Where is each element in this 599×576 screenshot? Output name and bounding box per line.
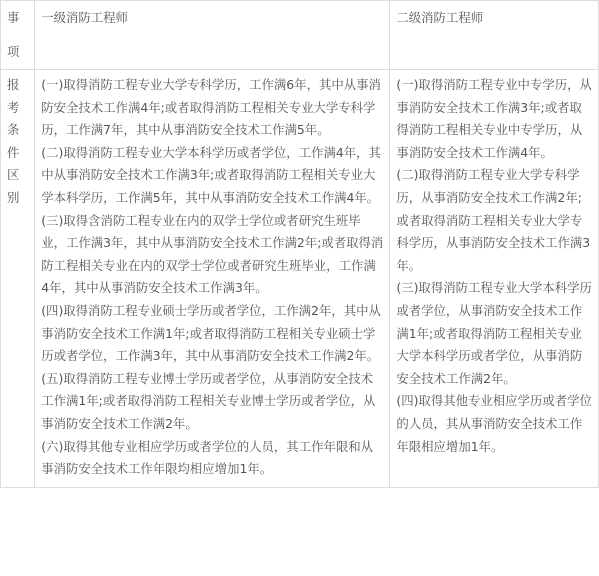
level2-item-3: (三)取得消防工程专业大学本科学历或者学位，从事消防安全技术工作满1年;或者取得… <box>396 277 592 390</box>
level1-item-4: (四)取得消防工程专业硕士学历或者学位，工作满2年，其中从事消防安全技术工作满1… <box>41 300 383 368</box>
header-level1: 一级消防工程师 <box>35 1 390 70</box>
level1-requirements: (一)取得消防工程专业大学专科学历，工作满6年，其中从事消防安全技术工作满4年;… <box>35 70 390 488</box>
level2-item-1: (一)取得消防工程专业中专学历，从事消防安全技术工作满3年;或者取得消防工程相关… <box>396 74 592 164</box>
level1-item-5: (五)取得消防工程专业博士学历或者学位，从事消防安全技术工作满1年;或者取得消防… <box>41 368 383 436</box>
level1-item-2: (二)取得消防工程专业大学本科学历或者学位，工作满4年，其中从事消防安全技术工作… <box>41 142 383 210</box>
level1-item-6: (六)取得其他专业相应学历或者学位的人员，其工作年限和从事消防安全技术工作年限均… <box>41 436 383 481</box>
requirements-table: 事项 一级消防工程师 二级消防工程师 报考条件区别 (一)取得消防工程专业大学专… <box>0 0 599 488</box>
header-row: 事项 一级消防工程师 二级消防工程师 <box>1 1 599 70</box>
header-item: 事项 <box>1 1 35 70</box>
row-label: 报考条件区别 <box>1 70 35 488</box>
level2-item-2: (二)取得消防工程专业大学专科学历，从事消防安全技术工作满2年;或者取得消防工程… <box>396 164 592 277</box>
level2-requirements: (一)取得消防工程专业中专学历，从事消防安全技术工作满3年;或者取得消防工程相关… <box>390 70 599 488</box>
level1-item-1: (一)取得消防工程专业大学专科学历，工作满6年，其中从事消防安全技术工作满4年;… <box>41 74 383 142</box>
level2-item-4: (四)取得其他专业相应学历或者学位的人员，其从事消防安全技术工作年限相应增加1年… <box>396 390 592 458</box>
requirements-row: 报考条件区别 (一)取得消防工程专业大学专科学历，工作满6年，其中从事消防安全技… <box>1 70 599 488</box>
level1-item-3: (三)取得含消防工程专业在内的双学士学位或者研究生班毕业，工作满3年，其中从事消… <box>41 210 383 300</box>
header-level2: 二级消防工程师 <box>390 1 599 70</box>
